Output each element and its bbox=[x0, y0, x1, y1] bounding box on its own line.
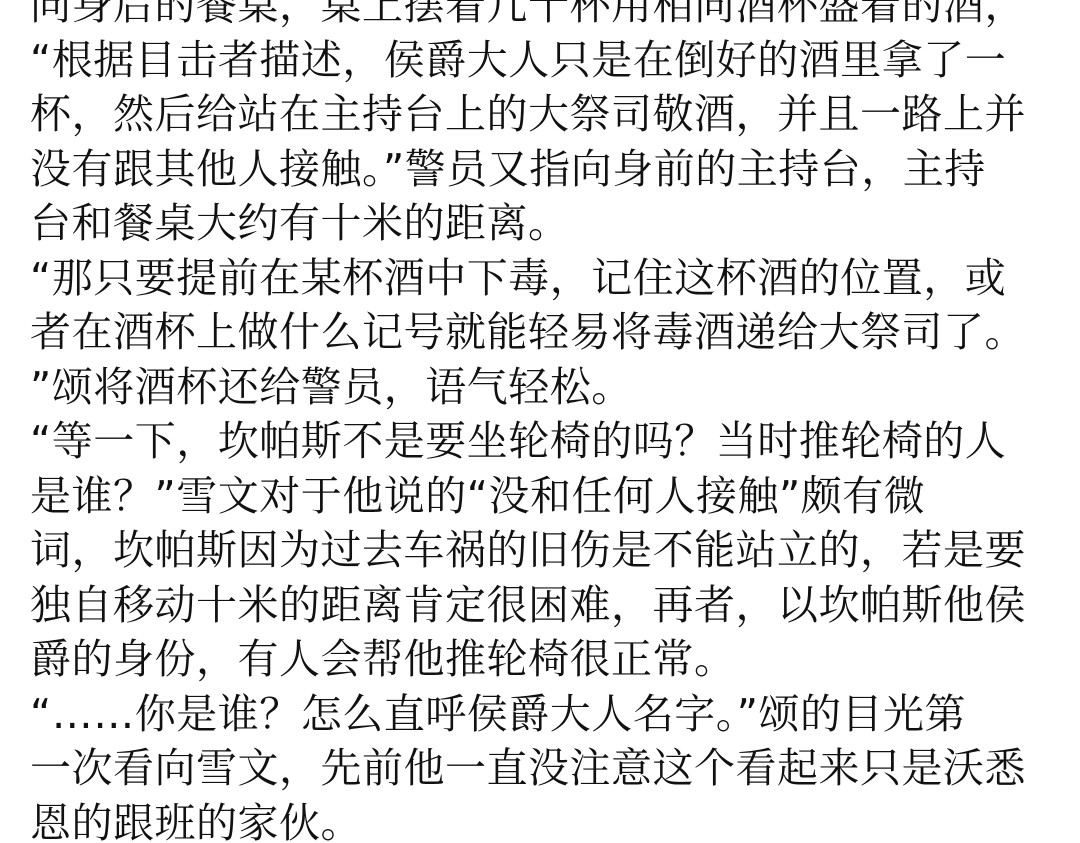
text-line: 台和餐桌大约有十米的距离。 bbox=[30, 196, 1040, 251]
document-body: 向身后的餐桌，桌上摆着几十杯用相同酒杯盛着的酒， “根据目击者描述，侯爵大人只是… bbox=[30, 0, 1040, 843]
text-line: “等一下，坎帕斯不是要坐轮椅的吗？当时推轮椅的人 bbox=[30, 414, 1040, 469]
text-line: 词，坎帕斯因为过去车祸的旧伤是不能站立的，若是要 bbox=[30, 523, 1040, 578]
text-line: 爵的身份，有人会帮他推轮椅很正常。 bbox=[30, 632, 1040, 687]
text-line: “那只要提前在某杯酒中下毒，记住这杯酒的位置，或 bbox=[30, 251, 1040, 306]
text-line: 向身后的餐桌，桌上摆着几十杯用相同酒杯盛着的酒， bbox=[30, 0, 1040, 33]
text-line: 独自移动十米的距离肯定很困难，再者，以坎帕斯他侯 bbox=[30, 578, 1040, 633]
text-line: 杯，然后给站在主持台上的大祭司敬酒，并且一路上并 bbox=[30, 87, 1040, 142]
text-line: 一次看向雪文，先前他一直没注意这个看起来只是沃悉 bbox=[30, 741, 1040, 796]
text-line: 没有跟其他人接触。”警员又指向身前的主持台，主持 bbox=[30, 142, 1040, 197]
text-line: “根据目击者描述，侯爵大人只是在倒好的酒里拿了一 bbox=[30, 33, 1040, 88]
text-line: ”颂将酒杯还给警员，语气轻松。 bbox=[30, 360, 1040, 415]
text-line: 是谁？”雪文对于他说的“没和任何人接触”颇有微 bbox=[30, 469, 1040, 524]
text-line: 者在酒杯上做什么记号就能轻易将毒酒递给大祭司了。 bbox=[30, 305, 1040, 360]
text-line: “……你是谁？怎么直呼侯爵大人名字。”颂的目光第 bbox=[30, 687, 1040, 742]
text-line: 恩的跟班的家伙。 bbox=[30, 796, 1040, 843]
